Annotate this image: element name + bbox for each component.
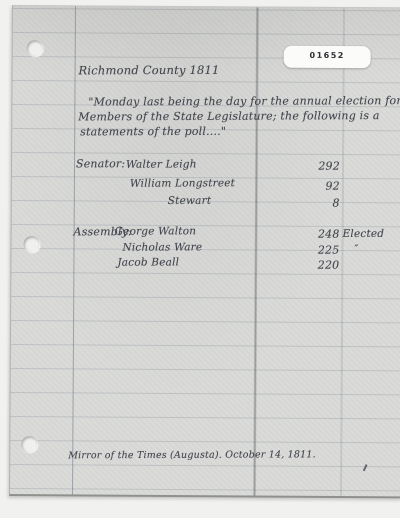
vote-count: 92 <box>300 180 340 193</box>
result-note: Elected <box>343 228 385 240</box>
vertical-crease-faint <box>340 8 345 496</box>
senator-section-label: Senator: <box>76 157 125 170</box>
source-citation: Mirror of the Times (Augusta). October 1… <box>68 449 316 461</box>
scanner-background: 01652 Richmond County 1811 "Monday last … <box>0 0 400 518</box>
vote-count: 220 <box>299 259 339 272</box>
candidate-name: Jacob Beall <box>117 256 179 268</box>
candidate-name: William Longstreet <box>130 177 235 189</box>
candidate-name: Walter Leigh <box>126 158 197 170</box>
page-title: Richmond County 1811 <box>78 63 219 78</box>
pen-tick-mark <box>363 464 367 471</box>
vote-count: 292 <box>300 160 340 173</box>
vote-count: 248 <box>300 228 340 241</box>
vote-count: 225 <box>299 244 339 257</box>
paragraph-line-1: "Monday last being the day for the annua… <box>88 94 400 108</box>
candidate-name: Nicholas Ware <box>122 241 202 253</box>
catalog-number-sticker: 01652 <box>284 46 371 69</box>
vertical-crease <box>253 7 259 495</box>
hole-punch-middle <box>23 236 39 252</box>
notebook-page: 01652 Richmond County 1811 "Monday last … <box>9 5 400 498</box>
paragraph-line-3: statements of the poll...." <box>80 125 226 139</box>
margin-rule-line <box>72 6 76 494</box>
candidate-name: George Walton <box>115 225 197 237</box>
candidate-name: Stewart <box>168 195 212 207</box>
catalog-number: 01652 <box>309 51 344 68</box>
result-note-ditto: ″ <box>354 243 358 255</box>
hole-punch-top <box>27 40 43 56</box>
hole-punch-bottom <box>21 436 37 452</box>
paragraph-line-2: Members of the State Legislature; the fo… <box>78 109 379 123</box>
vote-count: 8 <box>300 197 340 210</box>
document-scan: { "sticker": { "number": "01652" }, "pag… <box>0 0 400 518</box>
